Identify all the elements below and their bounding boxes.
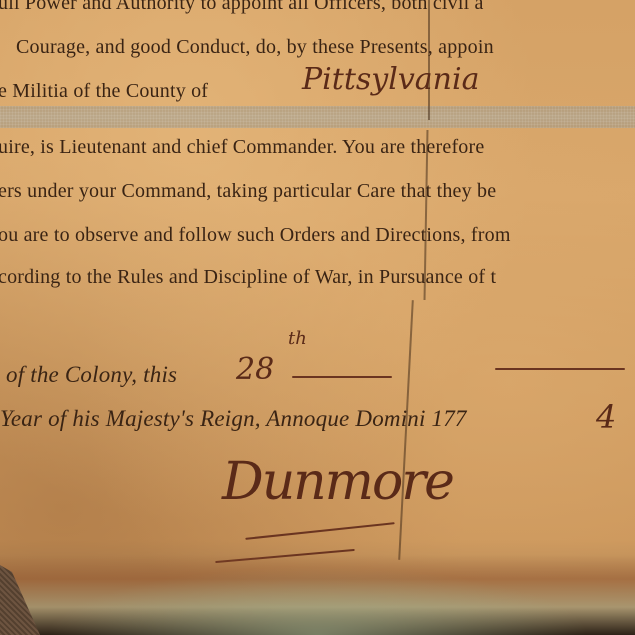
repair-gauze-strip	[0, 106, 635, 128]
handwritten-county: Pittsylvania	[302, 62, 479, 97]
dash-flourish	[292, 376, 392, 378]
signature-flourish	[245, 522, 394, 540]
text-line-8: of the Colony, this	[6, 362, 177, 388]
text-line-1: ull Power and Authority to appoint all O…	[0, 0, 484, 15]
paper-crack	[428, 0, 430, 120]
signature-governor: Dunmore	[222, 452, 453, 512]
text-line-5: ers under your Command, taking particula…	[0, 180, 496, 203]
text-line-4: uire, is Lieutenant and chief Commander.…	[0, 136, 484, 159]
document-photo: ull Power and Authority to appoint all O…	[0, 0, 635, 635]
handwritten-day: 28	[236, 352, 274, 387]
text-line-7: cording to the Rules and Discipline of W…	[0, 266, 496, 289]
dash-flourish	[495, 368, 625, 370]
handwritten-day-suffix: th	[288, 328, 307, 349]
water-stain	[0, 555, 635, 635]
handwritten-year-digit: 4	[596, 398, 616, 436]
text-line-9: Year of his Majesty's Reign, Annoque Dom…	[0, 406, 467, 432]
text-line-3: e Militia of the County of	[0, 80, 208, 103]
text-line-6: ou are to observe and follow such Orders…	[0, 224, 511, 247]
text-line-2: Courage, and good Conduct, do, by these …	[16, 36, 494, 59]
